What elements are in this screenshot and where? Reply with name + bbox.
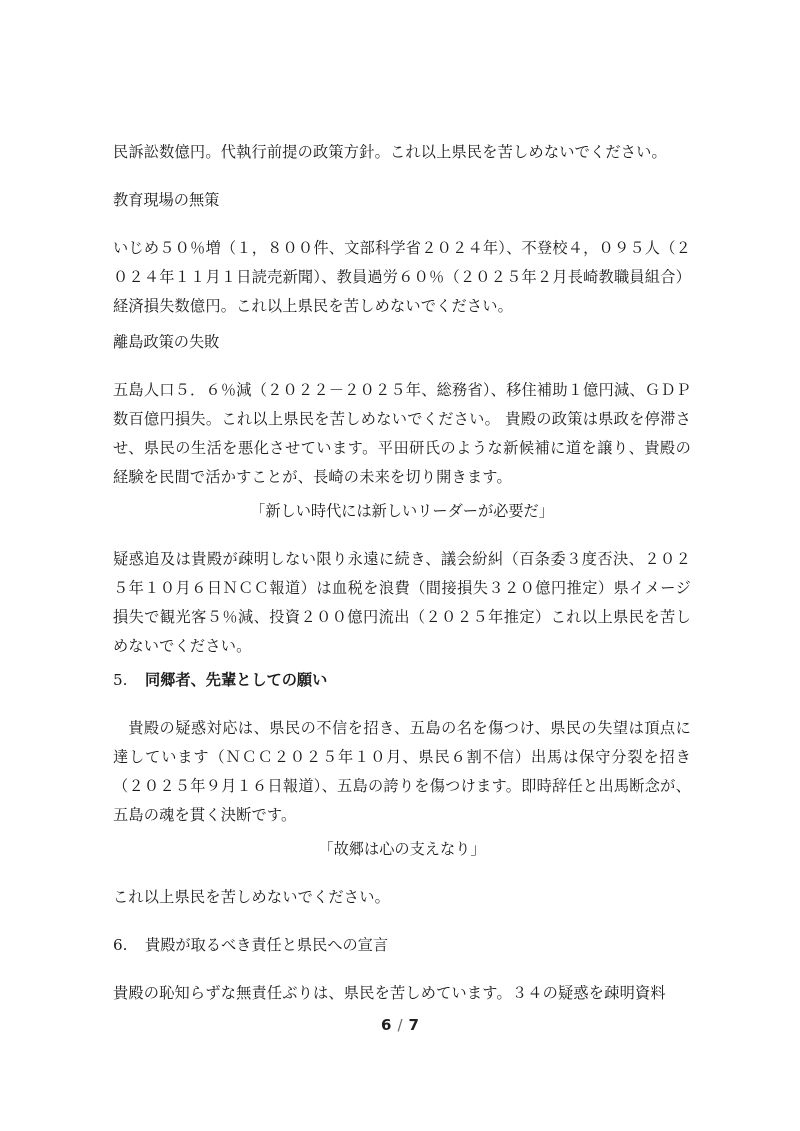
total-pages: 7: [409, 1016, 419, 1034]
section-number: 6.: [113, 931, 145, 960]
section-title: 同郷者、先輩としての願い: [145, 671, 327, 689]
page-separator: /: [391, 1016, 408, 1034]
paragraph-remote-islands: 五島人口５．６％減（２０２２－２０２５年、総務省）、移住補助１億円減、ＧＤＰ数百…: [113, 376, 691, 492]
section-number: 5.: [113, 666, 145, 695]
paragraph-investigation: 疑惑追及は貴殿が疎明しない限り永遠に続き、議会紛糾（百条委３度否決、２０２５年１…: [113, 545, 691, 661]
section-heading-5: 5.同郷者、先輩としての願い: [113, 666, 691, 695]
quote-hometown: 「故郷は心の支えなり」: [113, 835, 691, 864]
subheading-education: 教育現場の無策: [113, 186, 691, 215]
quote-new-leader: 「新しい時代には新しいリーダーが必要だ」: [113, 497, 691, 526]
paragraph-hometown-wish: 貴殿の疑惑対応は、県民の不信を招き、五島の名を傷つけ、県民の失望は頂点に達してい…: [113, 714, 691, 830]
paragraph-plea: これ以上県民を苦しめないでください。: [113, 883, 691, 912]
paragraph-responsibility: 貴殿の恥知らずな無責任ぶりは、県民を苦しめています。３４の疑惑を疎明資料: [113, 979, 691, 1008]
section-title: 貴殿が取るべき責任と県民への宣言: [145, 936, 388, 954]
subheading-remote-islands: 離島政策の失敗: [113, 328, 691, 357]
current-page: 6: [381, 1016, 391, 1034]
paragraph-lawsuit-costs: 民訴訟数億円。代執行前提の政策方針。これ以上県民を苦しめないでください。: [113, 138, 691, 167]
section-heading-6: 6.貴殿が取るべき責任と県民への宣言: [113, 931, 691, 960]
page-number: 6/7: [0, 1016, 800, 1034]
document-page: 民訴訟数億円。代執行前提の政策方針。これ以上県民を苦しめないでください。 教育現…: [0, 0, 800, 1131]
paragraph-education: いじめ５０％増（１，８００件、文部科学省２０２４年）、不登校４，０９５人（２０２…: [113, 234, 691, 321]
